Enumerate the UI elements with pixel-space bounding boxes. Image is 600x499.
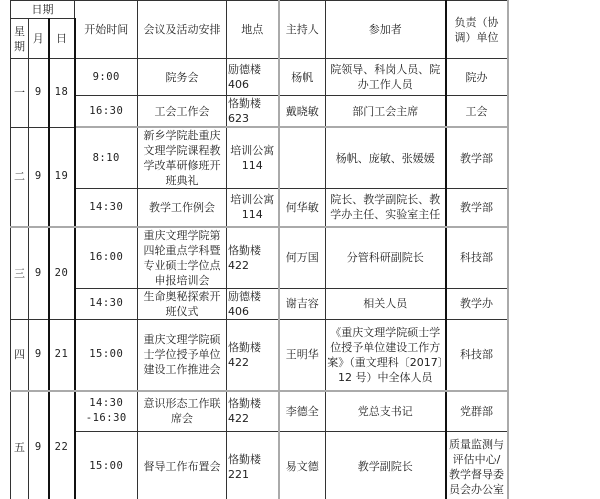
table-row: 二 9 19 8:10 新乡学院赴重庆文理学院课程教学改革研修班开班典礼 培训公…	[11, 127, 508, 189]
host-cell: 李德全	[279, 391, 326, 431]
location-cell: 恪勤楼 422	[227, 227, 279, 289]
time-cell: 8:10	[75, 127, 138, 189]
time-cell: 14:30	[75, 288, 138, 319]
participants-cell: 分管科研副院长	[326, 227, 446, 289]
table-row: 16:30 工会工作会 恪勤楼 623 戴晓敏 部门工会主席 工会	[11, 96, 508, 128]
day-cell: 18	[49, 59, 75, 128]
host-cell: 何华敏	[279, 189, 326, 227]
agenda-cell: 工会工作会	[138, 96, 227, 128]
header-date-group: 日期	[11, 1, 75, 19]
location-cell: 恪勤楼 221	[227, 431, 279, 499]
agenda-cell: 督导工作布置会	[138, 431, 227, 499]
location-cell: 励德楼 406	[227, 288, 279, 319]
responsible-cell: 院办	[446, 59, 508, 96]
location-cell: 培训公寓 114	[227, 127, 279, 189]
month-cell: 9	[29, 319, 49, 391]
agenda-cell: 意识形态工作联席会	[138, 391, 227, 431]
participants-cell: 教学副院长	[326, 431, 446, 499]
header-month: 月	[29, 19, 49, 59]
responsible-cell: 党群部	[446, 391, 508, 431]
responsible-cell: 科技部	[446, 227, 508, 289]
host-cell	[279, 127, 326, 189]
responsible-cell: 教学办	[446, 288, 508, 319]
location-cell: 励德楼 406	[227, 59, 279, 96]
month-cell: 9	[29, 391, 49, 499]
table-row: 五 9 22 14:30 -16:30 意识形态工作联席会 恪勤楼 422 李德…	[11, 391, 508, 431]
table-row: 一 9 18 9:00 院务会 励德楼 406 杨帆 院领导、科岗人员、院办工作…	[11, 59, 508, 96]
time-cell: 14:30	[75, 189, 138, 227]
participants-cell: 《重庆文理学院硕士学位授予单位建设工作方案》（重文理科〔2017〕12 号）中全…	[326, 319, 446, 391]
agenda-cell: 新乡学院赴重庆文理学院课程教学改革研修班开班典礼	[138, 127, 227, 189]
day-cell: 21	[49, 319, 75, 391]
time-cell: 14:30 -16:30	[75, 391, 138, 431]
month-cell: 9	[29, 59, 49, 128]
weekday-cell: 一	[11, 59, 29, 128]
location-cell: 恪勤楼 422	[227, 319, 279, 391]
host-cell: 易文德	[279, 431, 326, 499]
location-cell: 恪勤楼 623	[227, 96, 279, 128]
participants-cell: 院长、教学副院长、教学办主任、实验室主任	[326, 189, 446, 227]
table-row: 四 9 21 15:00 重庆文理学院硕士学位授予单位建设工作推进会 恪勤楼 4…	[11, 319, 508, 391]
weekday-cell: 四	[11, 319, 29, 391]
participants-cell: 部门工会主席	[326, 96, 446, 128]
responsible-cell: 工会	[446, 96, 508, 128]
header-participants: 参加者	[326, 1, 446, 59]
header-responsible: 负责（协调）单位	[446, 1, 508, 59]
agenda-cell: 重庆文理学院硕士学位授予单位建设工作推进会	[138, 319, 227, 391]
responsible-cell: 质量监测与评估中心/教学督导委员会办公室	[446, 431, 508, 499]
host-cell: 戴晓敏	[279, 96, 326, 128]
agenda-cell: 生命奥秘探索开班仪式	[138, 288, 227, 319]
header-host: 主持人	[279, 1, 326, 59]
weekday-cell: 五	[11, 391, 29, 499]
day-cell: 20	[49, 227, 75, 320]
header-weekday: 星期	[11, 19, 29, 59]
participants-cell: 党总支书记	[326, 391, 446, 431]
time-cell: 16:30	[75, 96, 138, 128]
host-cell: 谢吉容	[279, 288, 326, 319]
header-day: 日	[49, 19, 75, 59]
header-agenda: 会议及活动安排	[138, 1, 227, 59]
responsible-cell: 教学部	[446, 127, 508, 189]
responsible-cell: 科技部	[446, 319, 508, 391]
day-cell: 22	[49, 391, 75, 499]
weekday-cell: 三	[11, 227, 29, 320]
table-row: 14:30 生命奥秘探索开班仪式 励德楼 406 谢吉容 相关人员 教学办	[11, 288, 508, 319]
table-row: 14:30 教学工作例会 培训公寓 114 何华敏 院长、教学副院长、教学办主任…	[11, 189, 508, 227]
agenda-cell: 重庆文理学院第四轮重点学科暨专业硕士学位点申报培训会	[138, 227, 227, 289]
time-cell: 15:00	[75, 319, 138, 391]
host-cell: 何万国	[279, 227, 326, 289]
participants-cell: 院领导、科岗人员、院办工作人员	[326, 59, 446, 96]
month-cell: 9	[29, 227, 49, 320]
time-cell: 9:00	[75, 59, 138, 96]
host-cell: 王明华	[279, 319, 326, 391]
month-cell: 9	[29, 127, 49, 227]
header-location: 地点	[227, 1, 279, 59]
agenda-cell: 院务会	[138, 59, 227, 96]
weekday-cell: 二	[11, 127, 29, 227]
header-start-time: 开始时间	[75, 1, 138, 59]
participants-cell: 杨帆、庞敏、张媛媛	[326, 127, 446, 189]
agenda-cell: 教学工作例会	[138, 189, 227, 227]
location-cell: 培训公寓 114	[227, 189, 279, 227]
responsible-cell: 教学部	[446, 189, 508, 227]
table-row: 三 9 20 16:00 重庆文理学院第四轮重点学科暨专业硕士学位点申报培训会 …	[11, 227, 508, 289]
location-cell: 恪勤楼 422	[227, 391, 279, 431]
day-cell: 19	[49, 127, 75, 227]
table-row: 15:00 督导工作布置会 恪勤楼 221 易文德 教学副院长 质量监测与评估中…	[11, 431, 508, 499]
time-cell: 15:00	[75, 431, 138, 499]
participants-cell: 相关人员	[326, 288, 446, 319]
time-cell: 16:00	[75, 227, 138, 289]
host-cell: 杨帆	[279, 59, 326, 96]
weekly-schedule-table: 日期 开始时间 会议及活动安排 地点 主持人 参加者 负责（协调）单位 星期 月…	[10, 0, 509, 499]
